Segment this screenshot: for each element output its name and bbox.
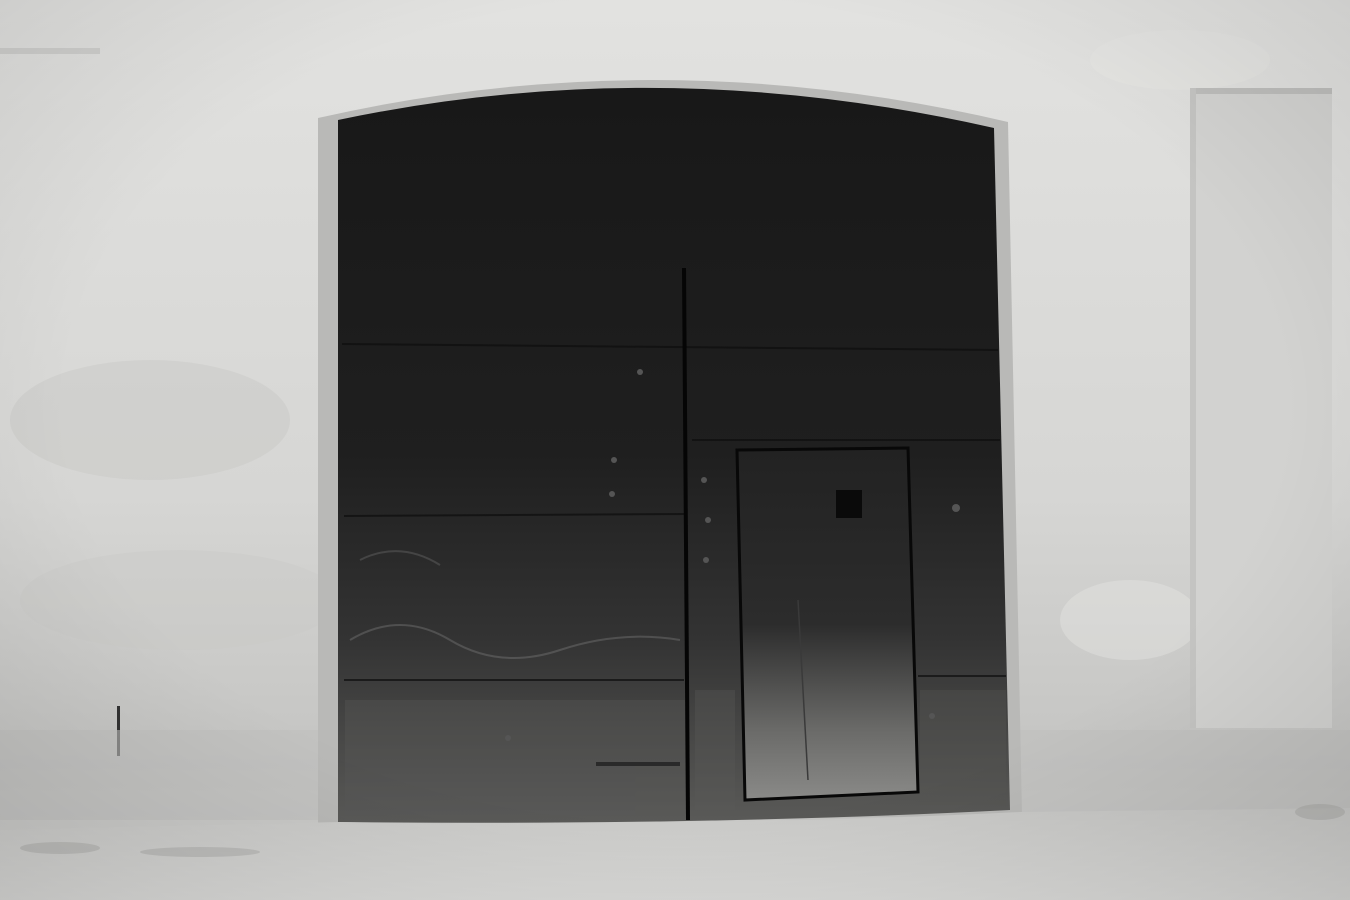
door-photograph [0,0,1350,900]
vignette [0,0,1350,900]
photo-scene: Black-and-white photograph of a large, d… [0,0,1350,900]
